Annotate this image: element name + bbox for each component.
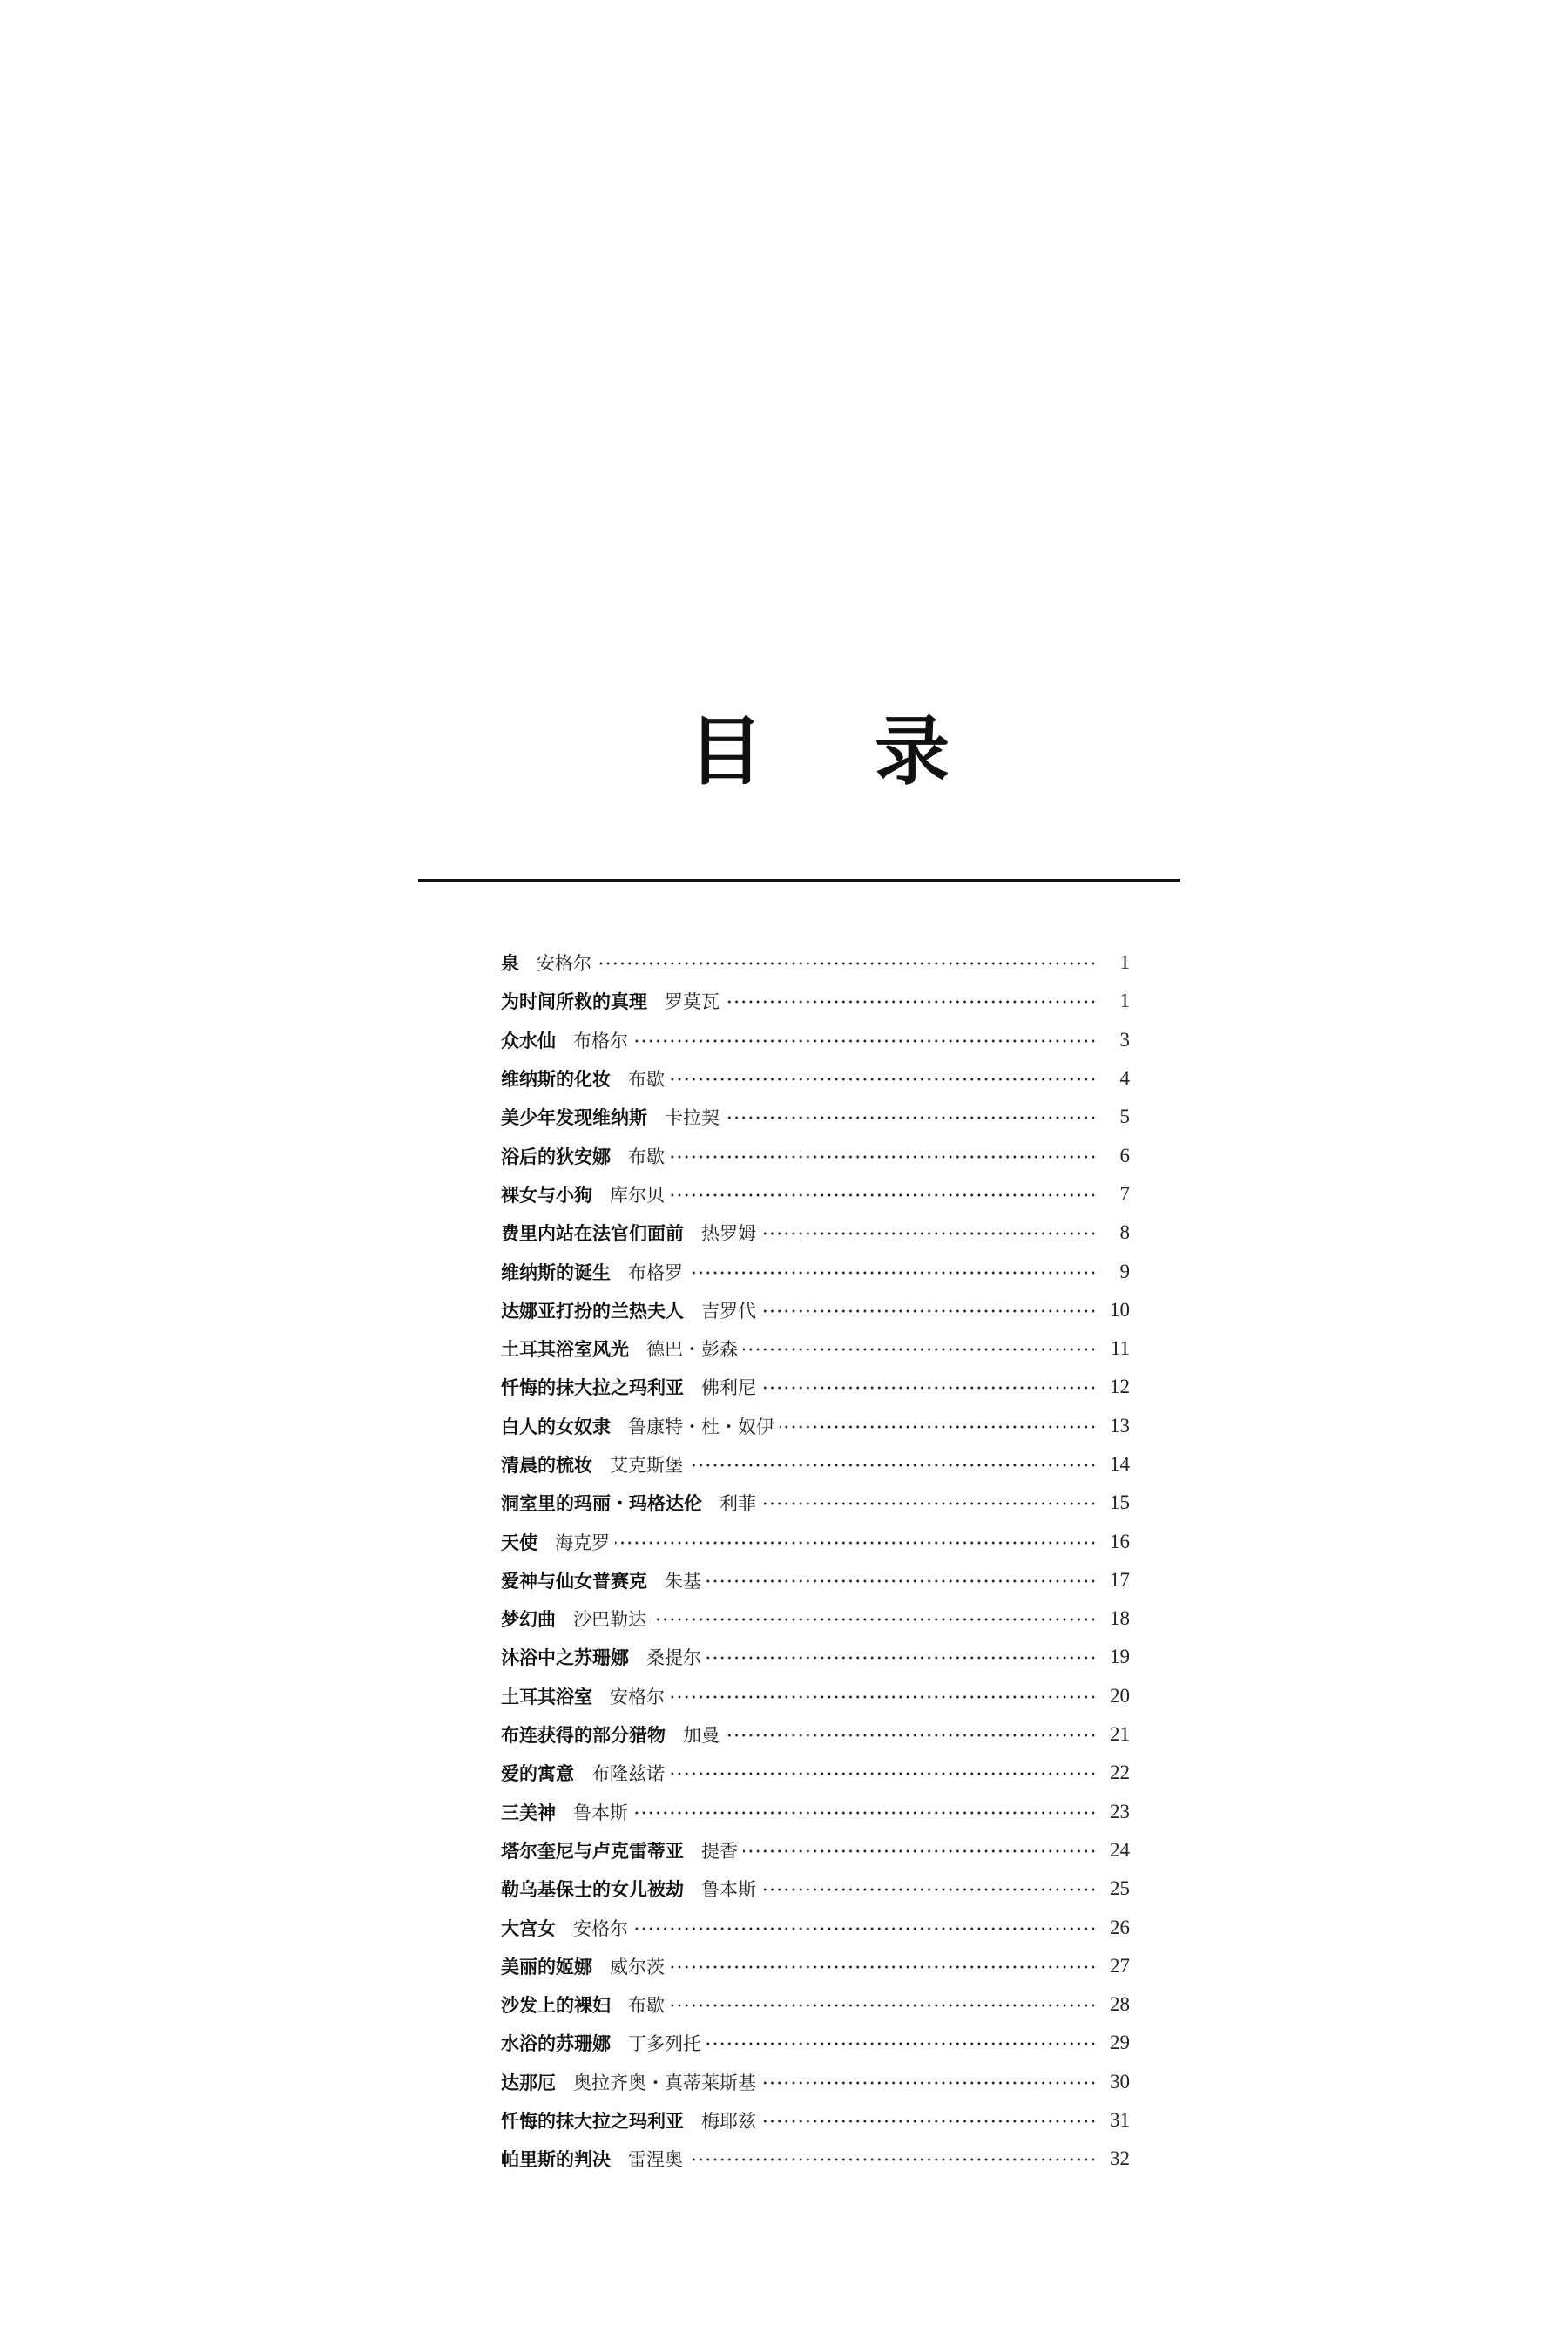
entry-page-number: 28 bbox=[1100, 1993, 1130, 2016]
entry-author: 丁多列托 bbox=[628, 2030, 701, 2056]
entry-title: 勒乌基保士的女儿被劫 bbox=[501, 1876, 684, 1902]
entry-page-number: 26 bbox=[1100, 1917, 1130, 1939]
entry-author: 布歇 bbox=[628, 1143, 665, 1169]
entry-page-number: 13 bbox=[1100, 1415, 1130, 1437]
entry-author: 卡拉契 bbox=[665, 1104, 720, 1130]
entry-title: 忏悔的抹大拉之玛利亚 bbox=[501, 2107, 684, 2133]
dot-leader bbox=[761, 1386, 1097, 1390]
toc-entry[interactable]: 大宫女安格尔26 bbox=[501, 1908, 1130, 1946]
toc-entry[interactable]: 沙发上的裸妇布歇28 bbox=[501, 1985, 1130, 2024]
entry-author: 热罗姆 bbox=[701, 1220, 756, 1246]
entry-title: 忏悔的抹大拉之玛利亚 bbox=[501, 1374, 684, 1400]
entry-title: 维纳斯的诞生 bbox=[501, 1259, 611, 1285]
entry-title: 帕里斯的判决 bbox=[501, 2146, 611, 2172]
entry-page-number: 24 bbox=[1100, 1839, 1130, 1862]
entry-author: 鲁本斯 bbox=[573, 1799, 628, 1825]
dot-leader bbox=[761, 1502, 1097, 1505]
entry-page-number: 30 bbox=[1100, 2071, 1130, 2093]
toc-entry[interactable]: 帕里斯的判决雷涅奥32 bbox=[501, 2140, 1130, 2178]
entry-page-number: 7 bbox=[1100, 1183, 1130, 1206]
dot-leader bbox=[633, 1039, 1097, 1043]
dot-leader bbox=[725, 1116, 1097, 1119]
entry-title: 洞室里的玛丽・玛格达伦 bbox=[501, 1490, 702, 1516]
toc-entry[interactable]: 美少年发现维纳斯卡拉契5 bbox=[501, 1098, 1130, 1136]
entry-author: 利菲 bbox=[720, 1490, 756, 1516]
dot-leader bbox=[761, 2120, 1097, 2123]
entry-author: 鲁康特・杜・奴伊 bbox=[628, 1413, 774, 1439]
entry-author: 库尔贝 bbox=[610, 1181, 665, 1207]
entry-title: 梦幻曲 bbox=[501, 1606, 556, 1632]
toc-entry[interactable]: 达娜亚打扮的兰热夫人吉罗代10 bbox=[501, 1291, 1130, 1329]
entry-author: 布格罗 bbox=[628, 1259, 683, 1285]
entry-title: 达娜亚打扮的兰热夫人 bbox=[501, 1297, 684, 1323]
toc-entry[interactable]: 忏悔的抹大拉之玛利亚佛利尼12 bbox=[501, 1368, 1130, 1406]
entry-page-number: 31 bbox=[1100, 2109, 1130, 2132]
toc-entry[interactable]: 天使海克罗16 bbox=[501, 1522, 1130, 1560]
dot-leader bbox=[743, 1849, 1097, 1853]
entry-page-number: 4 bbox=[1100, 1067, 1130, 1090]
entry-title: 沐浴中之苏珊娜 bbox=[501, 1644, 629, 1670]
entry-title: 沙发上的裸妇 bbox=[501, 1991, 611, 2018]
entry-author: 布歇 bbox=[628, 1991, 665, 2018]
dot-leader bbox=[633, 1927, 1097, 1930]
entry-page-number: 29 bbox=[1100, 2032, 1130, 2054]
toc-entry[interactable]: 沐浴中之苏珊娜桑提尔19 bbox=[501, 1638, 1130, 1676]
entry-page-number: 8 bbox=[1100, 1221, 1130, 1244]
entry-author: 沙巴勒达 bbox=[573, 1606, 646, 1632]
title-divider bbox=[418, 879, 1180, 882]
dot-leader bbox=[688, 1464, 1097, 1467]
entry-title: 土耳其浴室风光 bbox=[501, 1335, 629, 1362]
toc-entry[interactable]: 三美神鲁本斯23 bbox=[501, 1793, 1130, 1831]
entry-title: 爱的寓意 bbox=[501, 1760, 574, 1786]
dot-leader bbox=[652, 1618, 1097, 1621]
entry-page-number: 21 bbox=[1100, 1723, 1130, 1746]
toc-entry[interactable]: 洞室里的玛丽・玛格达伦利菲15 bbox=[501, 1484, 1130, 1522]
entry-author: 雷涅奥 bbox=[628, 2146, 683, 2172]
entry-page-number: 22 bbox=[1100, 1761, 1130, 1784]
entry-title: 美少年发现维纳斯 bbox=[501, 1104, 647, 1130]
toc-entry[interactable]: 白人的女奴隶鲁康特・杜・奴伊13 bbox=[501, 1407, 1130, 1445]
entry-author: 布歇 bbox=[628, 1065, 665, 1092]
entry-page-number: 6 bbox=[1100, 1145, 1130, 1167]
dot-leader bbox=[597, 962, 1097, 965]
page-title: 目 录 bbox=[688, 697, 950, 793]
dot-leader bbox=[761, 1232, 1097, 1235]
entry-title: 为时间所救的真理 bbox=[501, 988, 647, 1014]
toc-entry[interactable]: 爱的寓意布隆兹诺22 bbox=[501, 1754, 1130, 1792]
dot-leader bbox=[706, 1656, 1097, 1660]
entry-author: 罗莫瓦 bbox=[665, 988, 720, 1014]
dot-leader bbox=[725, 1000, 1097, 1004]
entry-title: 浴后的狄安娜 bbox=[501, 1143, 611, 1169]
entry-title: 费里内站在法官们面前 bbox=[501, 1220, 684, 1246]
entry-page-number: 5 bbox=[1100, 1106, 1130, 1128]
entry-title: 塔尔奎尼与卢克雷蒂亚 bbox=[501, 1837, 684, 1863]
entry-title: 达那厄 bbox=[501, 2069, 556, 2095]
dot-leader bbox=[670, 1078, 1097, 1081]
entry-author: 奥拉齐奥・真蒂莱斯基 bbox=[573, 2069, 756, 2095]
dot-leader bbox=[670, 2004, 1097, 2007]
title-char-2: 录 bbox=[875, 691, 950, 799]
dot-leader bbox=[761, 1888, 1097, 1891]
entry-page-number: 19 bbox=[1100, 1646, 1130, 1668]
toc-entry[interactable]: 浴后的狄安娜布歇6 bbox=[501, 1136, 1130, 1174]
dot-leader bbox=[688, 1271, 1097, 1275]
entry-title: 大宫女 bbox=[501, 1915, 556, 1941]
toc-entry[interactable]: 维纳斯的化妆布歇4 bbox=[501, 1059, 1130, 1098]
entry-page-number: 23 bbox=[1100, 1801, 1130, 1823]
toc-entry[interactable]: 费里内站在法官们面前热罗姆8 bbox=[501, 1214, 1130, 1252]
dot-leader bbox=[670, 1772, 1097, 1775]
entry-title: 白人的女奴隶 bbox=[501, 1413, 611, 1439]
entry-title: 维纳斯的化妆 bbox=[501, 1065, 611, 1092]
entry-author: 艾克斯堡 bbox=[610, 1451, 683, 1477]
title-char-1: 目 bbox=[688, 691, 763, 799]
entry-title: 土耳其浴室 bbox=[501, 1683, 592, 1709]
entry-page-number: 1 bbox=[1100, 951, 1130, 974]
entry-title: 天使 bbox=[501, 1529, 537, 1555]
dot-leader bbox=[706, 2042, 1097, 2045]
toc-entry[interactable]: 众水仙布格尔3 bbox=[501, 1021, 1130, 1059]
entry-page-number: 18 bbox=[1100, 1607, 1130, 1630]
toc-entry[interactable]: 勒乌基保士的女儿被劫鲁本斯25 bbox=[501, 1870, 1130, 1908]
entry-page-number: 20 bbox=[1100, 1685, 1130, 1707]
toc-entry[interactable]: 布连获得的部分猎物加曼21 bbox=[501, 1715, 1130, 1754]
toc-entry[interactable]: 土耳其浴室安格尔20 bbox=[501, 1677, 1130, 1715]
dot-leader bbox=[615, 1541, 1097, 1545]
entry-author: 安格尔 bbox=[573, 1915, 628, 1941]
entry-page-number: 10 bbox=[1100, 1299, 1130, 1322]
entry-title: 水浴的苏珊娜 bbox=[501, 2030, 611, 2056]
toc-entry[interactable]: 爱神与仙女普赛克朱基17 bbox=[501, 1561, 1130, 1599]
entry-author: 布格尔 bbox=[573, 1027, 628, 1053]
entry-author: 提香 bbox=[701, 1837, 738, 1863]
dot-leader bbox=[725, 1734, 1097, 1737]
entry-title: 清晨的梳妆 bbox=[501, 1451, 592, 1477]
entry-author: 鲁本斯 bbox=[701, 1876, 756, 1902]
dot-leader bbox=[688, 2158, 1097, 2161]
dot-leader bbox=[706, 1579, 1097, 1583]
entry-author: 桑提尔 bbox=[646, 1644, 701, 1670]
entry-page-number: 11 bbox=[1100, 1337, 1130, 1360]
entry-author: 安格尔 bbox=[537, 950, 591, 976]
toc-entry[interactable]: 塔尔奎尼与卢克雷蒂亚提香24 bbox=[501, 1831, 1130, 1870]
entry-title: 泉 bbox=[501, 950, 519, 976]
entry-page-number: 1 bbox=[1100, 990, 1130, 1012]
dot-leader bbox=[670, 1695, 1097, 1699]
entry-author: 佛利尼 bbox=[701, 1374, 756, 1400]
entry-author: 海克罗 bbox=[555, 1529, 610, 1555]
entry-author: 加曼 bbox=[683, 1721, 720, 1748]
entry-title: 布连获得的部分猎物 bbox=[501, 1721, 666, 1748]
entry-author: 吉罗代 bbox=[701, 1297, 756, 1323]
dot-leader bbox=[761, 2081, 1097, 2085]
entry-page-number: 17 bbox=[1100, 1569, 1130, 1592]
toc-entry[interactable]: 忏悔的抹大拉之玛利亚梅耶兹31 bbox=[501, 2101, 1130, 2140]
entry-title: 裸女与小狗 bbox=[501, 1181, 592, 1207]
dot-leader bbox=[633, 1811, 1097, 1815]
toc-entry[interactable]: 裸女与小狗库尔贝7 bbox=[501, 1175, 1130, 1214]
entry-page-number: 16 bbox=[1100, 1531, 1130, 1553]
entry-page-number: 27 bbox=[1100, 1955, 1130, 1978]
toc-entry[interactable]: 泉安格尔1 bbox=[501, 943, 1130, 982]
entry-title: 三美神 bbox=[501, 1799, 556, 1825]
toc-entry[interactable]: 清晨的梳妆艾克斯堡14 bbox=[501, 1445, 1130, 1484]
entry-author: 德巴・彭森 bbox=[646, 1335, 738, 1362]
entry-page-number: 9 bbox=[1100, 1261, 1130, 1283]
dot-leader bbox=[670, 1193, 1097, 1197]
entry-title: 美丽的姬娜 bbox=[501, 1953, 592, 1979]
entry-page-number: 32 bbox=[1100, 2147, 1130, 2170]
dot-leader bbox=[670, 1965, 1097, 1969]
entry-page-number: 15 bbox=[1100, 1491, 1130, 1514]
entry-title: 众水仙 bbox=[501, 1027, 556, 1053]
dot-leader bbox=[743, 1348, 1097, 1351]
toc-entry[interactable]: 梦幻曲沙巴勒达18 bbox=[501, 1599, 1130, 1638]
entry-page-number: 12 bbox=[1100, 1376, 1130, 1398]
entry-author: 威尔茨 bbox=[610, 1953, 665, 1979]
entry-page-number: 3 bbox=[1100, 1029, 1130, 1051]
toc-entry[interactable]: 美丽的姬娜威尔茨27 bbox=[501, 1947, 1130, 1985]
toc-entry[interactable]: 水浴的苏珊娜丁多列托29 bbox=[501, 2024, 1130, 2062]
table-of-contents: 泉安格尔1为时间所救的真理罗莫瓦1众水仙布格尔3维纳斯的化妆布歇4美少年发现维纳… bbox=[501, 943, 1130, 2179]
entry-author: 梅耶兹 bbox=[701, 2107, 756, 2133]
entry-page-number: 14 bbox=[1100, 1453, 1130, 1476]
entry-page-number: 25 bbox=[1100, 1877, 1130, 1900]
toc-entry[interactable]: 达那厄奥拉齐奥・真蒂莱斯基30 bbox=[501, 2063, 1130, 2101]
dot-leader bbox=[780, 1425, 1097, 1429]
entry-author: 朱基 bbox=[665, 1567, 701, 1593]
dot-leader bbox=[761, 1309, 1097, 1313]
toc-entry[interactable]: 为时间所救的真理罗莫瓦1 bbox=[501, 982, 1130, 1020]
toc-entry[interactable]: 维纳斯的诞生布格罗9 bbox=[501, 1252, 1130, 1290]
dot-leader bbox=[670, 1155, 1097, 1159]
toc-entry[interactable]: 土耳其浴室风光德巴・彭森11 bbox=[501, 1329, 1130, 1368]
entry-author: 布隆兹诺 bbox=[591, 1760, 665, 1786]
entry-title: 爱神与仙女普赛克 bbox=[501, 1567, 647, 1593]
entry-author: 安格尔 bbox=[610, 1683, 665, 1709]
